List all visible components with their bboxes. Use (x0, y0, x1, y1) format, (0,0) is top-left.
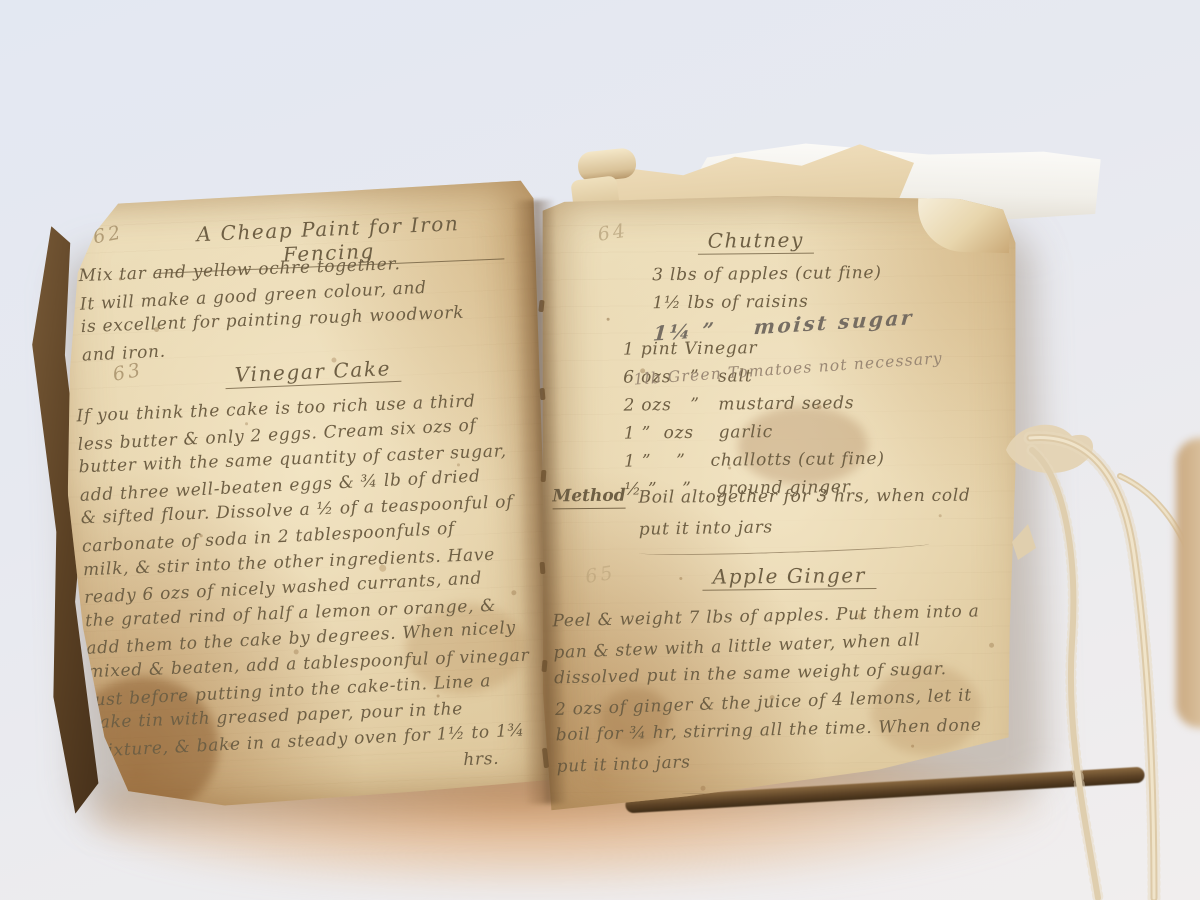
ingredient-line: 3 lbs of apples (cut fine) (652, 258, 1008, 290)
binding-stitch (540, 562, 546, 574)
method-body: Boil altogether for 3 hrs, when coldput … (638, 480, 1009, 544)
recipe-title: Chutney (698, 228, 815, 255)
recipe-body: Mix tar and yellow ochre together.It wil… (78, 246, 532, 367)
page-number: 65 (584, 562, 617, 588)
page-number: 62 (91, 221, 125, 248)
recipe-body: If you think the cake is too rich use a … (76, 386, 552, 789)
ingredient-line: 1 ” ozs garlic (624, 416, 1010, 448)
frayed-threads (1002, 392, 1200, 900)
ingredient-line: 1 ” ” challotts (cut fine) (624, 444, 1010, 476)
binding-stitch (541, 470, 547, 482)
recipe-header: Apple Ginger (669, 563, 909, 592)
method-label: Method (552, 486, 625, 510)
background-object (1176, 438, 1200, 728)
left-page: 62 A Cheap Paint for Iron Fencing Mix ta… (56, 180, 561, 812)
method-line: Boil altogether for 3 hrs, when cold (638, 480, 1008, 512)
ingredient-line: 2 ozs ” mustard seeds (623, 388, 1009, 420)
page-number: 64 (596, 220, 629, 246)
page-number: 63 (111, 359, 145, 386)
method-line: put it into jars (639, 508, 1009, 544)
photo-background: 62 A Cheap Paint for Iron Fencing Mix ta… (0, 0, 1200, 900)
right-page: 64 Chutney 3 lbs of apples (cut fine)1½ … (535, 193, 1023, 816)
recipe-body: Peel & weight 7 lbs of apples. Put them … (552, 596, 1017, 780)
binding-stitch (539, 388, 545, 400)
binding-stitch (541, 660, 547, 672)
recipe-header: Chutney (656, 227, 856, 255)
recipe-title: Apple Ginger (703, 563, 877, 591)
